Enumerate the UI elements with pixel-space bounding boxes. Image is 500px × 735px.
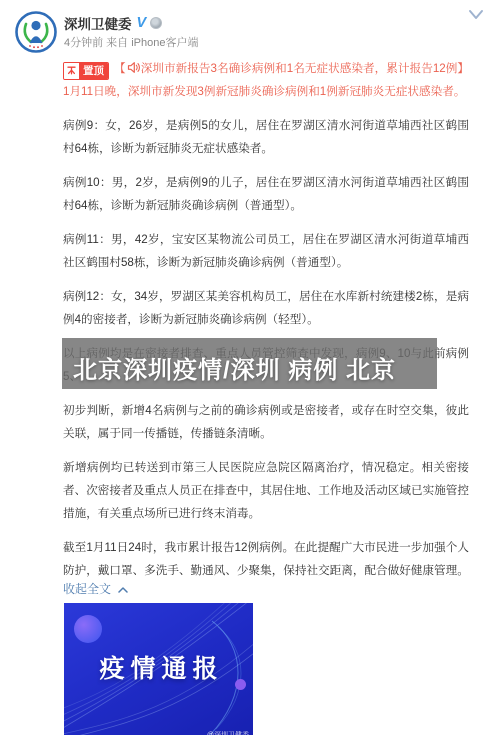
collapse-label: 收起全文 bbox=[63, 582, 111, 596]
chevron-down-icon[interactable] bbox=[468, 8, 484, 20]
reminder-paragraph: 截至1月11日24时，我市累计报告12例病例。在此提醒广大市民进一步加强个人防护… bbox=[63, 536, 469, 582]
pushpin-icon bbox=[64, 63, 79, 79]
case-paragraph: 病例10：男，2岁，是病例9的儿子，居住在罗湖区清水河街道草埔西社区鹤围村64栋… bbox=[63, 171, 469, 217]
caption-overlay: 北京深圳疫情/深圳 病例 北京 bbox=[62, 338, 437, 389]
chevron-up-icon bbox=[118, 581, 128, 587]
post-lead-paragraph: 置顶【深圳市新报告3名确诊病例和1名无症状感染者，累计报告12例】1月11日晚，… bbox=[63, 57, 469, 103]
collapse-link[interactable]: 收起全文 bbox=[63, 581, 469, 598]
member-badge-icon bbox=[150, 17, 162, 29]
case-paragraph: 病例12：女，34岁，罗湖区某美容机构员工，居住在水库新村统建楼2栋，是病例4的… bbox=[63, 285, 469, 331]
banner-circle-decoration bbox=[74, 615, 102, 643]
case-paragraph: 病例11：男，42岁，宝安区某物流公司员工，居住在罗湖区清水河街道草埔西社区鹤围… bbox=[63, 228, 469, 274]
analysis-paragraph: 初步判断，新增4名病例与之前的确诊病例或是密接者，或存在时空交集，彼此关联，属于… bbox=[63, 399, 469, 445]
post-content: 置顶【深圳市新报告3名确诊病例和1名无症状感染者，累计报告12例】1月11日晚，… bbox=[63, 57, 469, 735]
post-timestamp: 4分钟前 来自 iPhone客户端 bbox=[64, 34, 198, 50]
lead-bracket: 【 bbox=[114, 62, 126, 75]
pinned-badge-label: 置顶 bbox=[79, 63, 108, 79]
case-paragraph: 病例9：女，26岁，是病例5的女儿，居住在罗湖区清水河街道草埔西社区鹤围村64栋… bbox=[63, 114, 469, 160]
account-name[interactable]: 深圳卫健委 bbox=[64, 13, 132, 33]
pinned-badge: 置顶 bbox=[63, 62, 109, 80]
banner-watermark: @深圳卫健委 bbox=[207, 730, 249, 735]
caption-headline: 北京深圳疫情/深圳 病例 北京 bbox=[62, 342, 396, 385]
weibo-post: 深圳卫健委 V 4分钟前 来自 iPhone客户端 置顶【深圳市新报告3名确诊病… bbox=[0, 0, 500, 735]
banner-title: 疫情通报 bbox=[64, 649, 253, 685]
verified-badge-icon: V bbox=[137, 15, 147, 31]
treatment-paragraph: 新增病例均已转送到市第三人民医院应急院区隔离治疗，情况稳定。相关密接者、次密接者… bbox=[63, 456, 469, 525]
avatar[interactable] bbox=[15, 11, 57, 53]
loudspeaker-icon bbox=[127, 59, 140, 72]
post-image[interactable]: 疫情通报 @深圳卫健委 bbox=[64, 603, 253, 735]
